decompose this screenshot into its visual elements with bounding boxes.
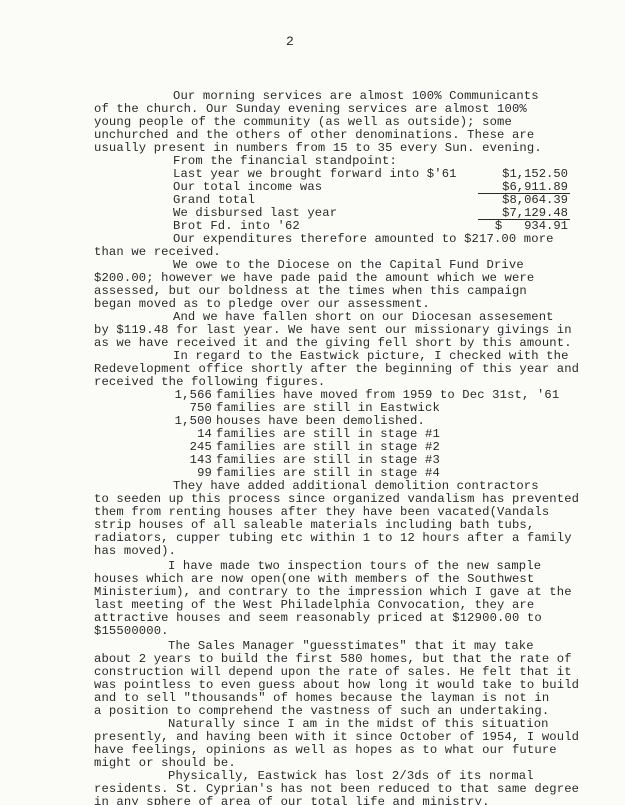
typewritten-page: 2 Our morning services are almost 100% C… bbox=[0, 0, 625, 805]
paragraph-2-line: Our expenditures therefore amounted to $… bbox=[173, 233, 554, 246]
paragraph-6-line: has moved). bbox=[94, 545, 176, 558]
paragraph-10-line: in any sphere of area of our total life … bbox=[94, 796, 490, 805]
paragraph-7-line: $15500000. bbox=[94, 625, 169, 638]
page-number: 2 bbox=[286, 34, 294, 49]
